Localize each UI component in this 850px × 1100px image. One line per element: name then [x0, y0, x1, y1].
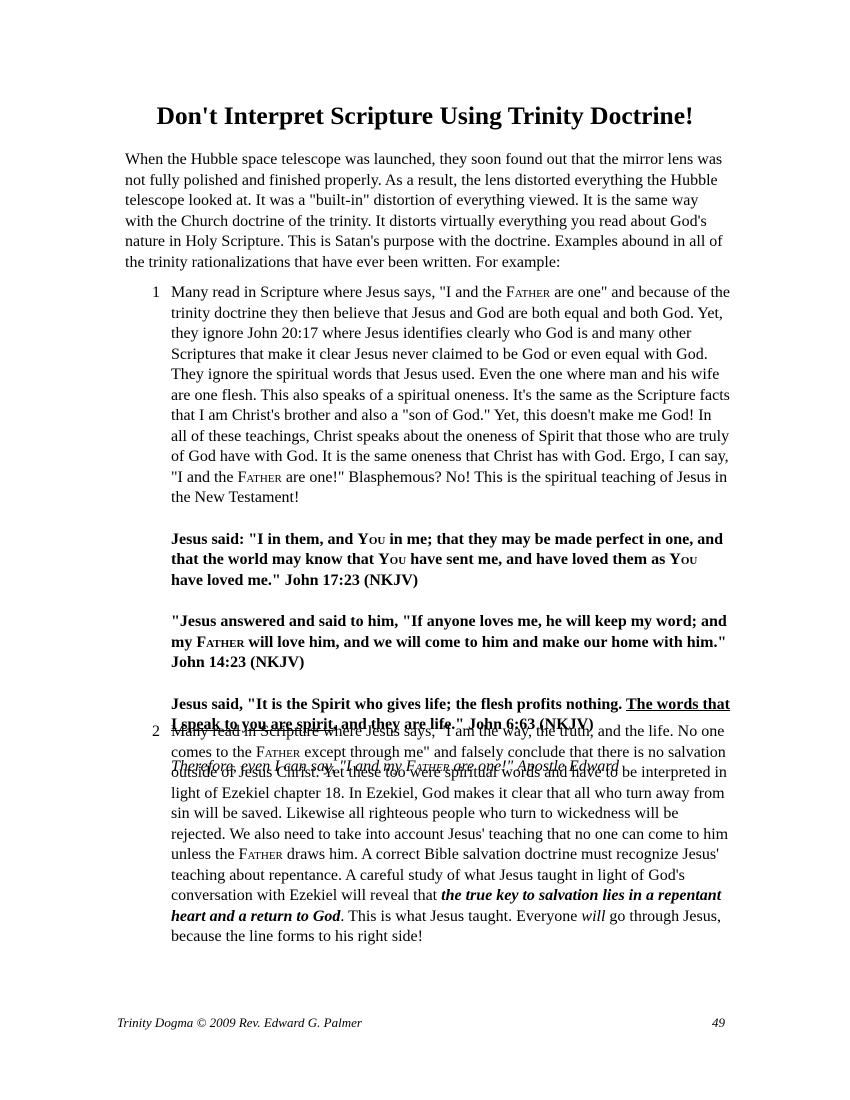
footer-copyright: Trinity Dogma © 2009 Rev. Edward G. Palm…: [117, 1015, 362, 1031]
text-run: will love him, and we will come to him a…: [171, 634, 726, 672]
text-run: Many read in Scripture where Jesus says,…: [171, 284, 506, 301]
italic-will: will: [581, 908, 605, 925]
item-paragraph: Many read in Scripture where Jesus says,…: [171, 283, 731, 509]
text-run: Jesus said: "I in them, and: [171, 531, 357, 548]
list-item-content: Many read in Scripture where Jesus says,…: [171, 722, 731, 948]
father-smallcaps: Father: [256, 744, 300, 761]
list-item-content: Many read in Scripture where Jesus says,…: [171, 283, 731, 777]
list-number: 2: [152, 722, 170, 743]
text-run: . This is what Jesus taught. Everyone: [340, 908, 581, 925]
text-run: are one" and because of the trinity doct…: [171, 284, 730, 486]
text-run: have sent me, and have loved them as: [406, 551, 669, 568]
text-run: Jesus said, "It is the Spirit who gives …: [171, 696, 626, 713]
you-smallcaps: You: [357, 531, 385, 548]
text-run: have loved me." John 17:23 (NKJV): [171, 572, 418, 589]
list-number: 1: [152, 283, 170, 304]
father-smallcaps: Father: [506, 284, 550, 301]
item-paragraph: Many read in Scripture where Jesus says,…: [171, 722, 731, 948]
document-page: Don't Interpret Scripture Using Trinity …: [0, 0, 850, 1100]
intro-paragraph: When the Hubble space telescope was laun…: [125, 150, 725, 273]
you-smallcaps: You: [378, 551, 406, 568]
father-smallcaps: Father: [238, 469, 282, 486]
you-smallcaps: You: [669, 551, 697, 568]
scripture-quote-john-14-23: "Jesus answered and said to him, "If any…: [171, 612, 731, 674]
page-title: Don't Interpret Scripture Using Trinity …: [0, 101, 850, 131]
father-smallcaps: Father: [239, 846, 283, 863]
father-smallcaps: Father: [196, 634, 244, 651]
scripture-quote-john-17-23: Jesus said: "I in them, and You in me; t…: [171, 530, 731, 592]
page-number: 49: [712, 1015, 725, 1031]
